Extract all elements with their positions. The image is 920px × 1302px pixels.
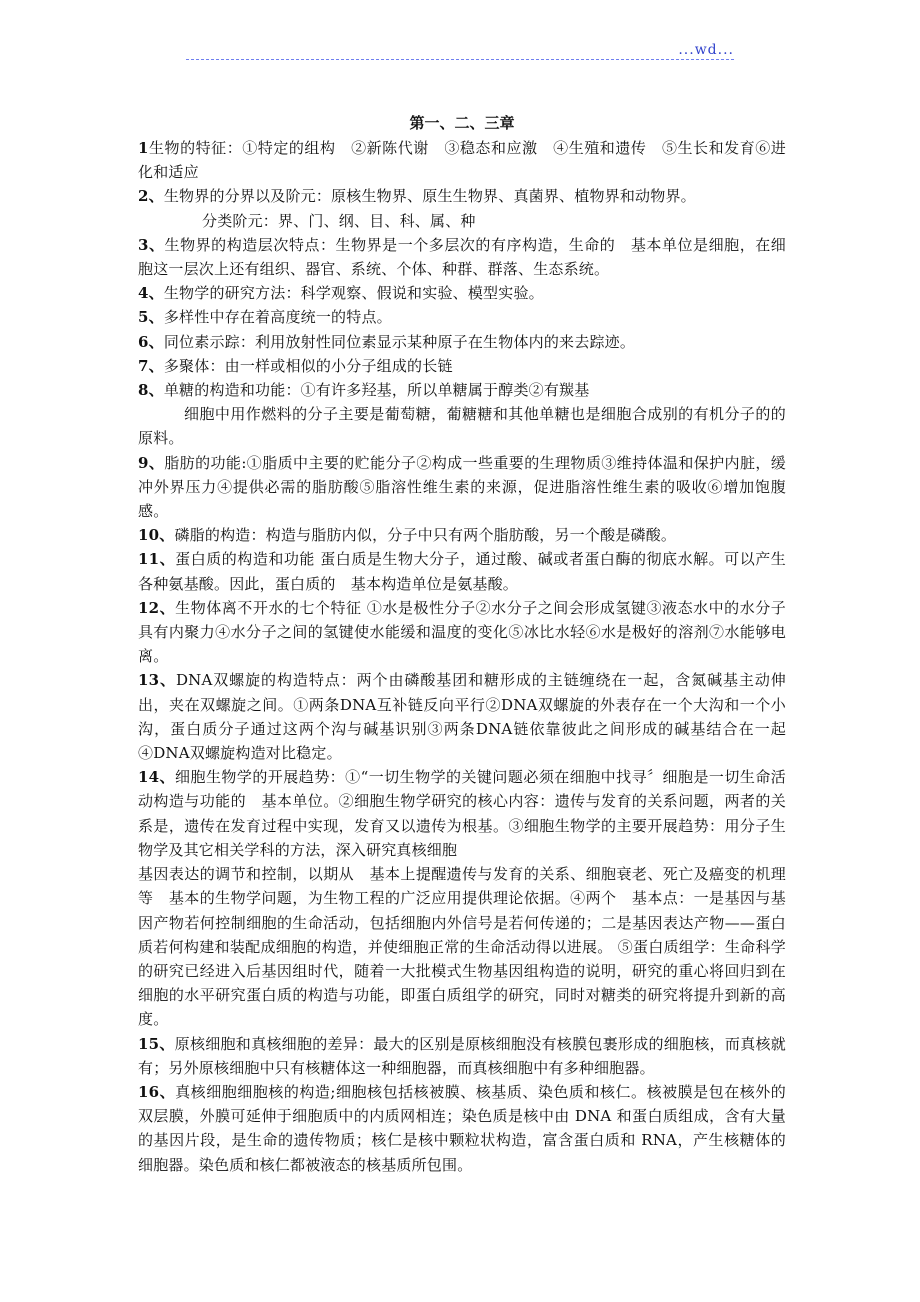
paragraph-11: 11、蛋白质的构造和功能 蛋白质是生物大分子，通过酸、碱或者蛋白酶的彻底水解。可… — [138, 547, 786, 595]
paragraph-16: 16、真核细胞细胞核的构造;细胞核包括核被膜、核基质、染色质和核仁。核被膜是包在… — [138, 1080, 786, 1177]
page-title: 第一、二、三章 — [138, 112, 786, 134]
paragraph-8-sub: 细胞中用作燃料的分子主要是葡萄糖，葡糖糖和其他单糖也是细胞合成别的有机分子的的原… — [138, 402, 786, 450]
paragraph-8: 8、单糖的构造和功能：①有许多羟基，所以单糖属于醇类②有羰基 — [138, 378, 786, 402]
paragraph-5: 5、多样性中存在着高度统一的特点。 — [138, 305, 786, 329]
page-header: ...wd... — [186, 44, 734, 62]
paragraph-10: 10、磷脂的构造：构造与脂肪内似，分子中只有两个脂肪酸，另一个酸是磷酸。 — [138, 523, 786, 547]
paragraph-6: 6、同位素示踪：利用放射性同位素显示某种原子在生物体内的来去踪迹。 — [138, 330, 786, 354]
paragraph-2-sub: 分类阶元：界、门、纲、目、科、属、种 — [138, 209, 786, 233]
paragraph-13: 13、DNA双螺旋的构造特点：两个由磷酸基团和糖形成的主链缠绕在一起，含氮碱基主… — [138, 668, 786, 765]
paragraph-7: 7、多聚体：由一样或相似的小分子组成的长链 — [138, 354, 786, 378]
paragraph-15: 15、原核细胞和真核细胞的差异：最大的区别是原核细胞没有核膜包裹形成的细胞核，而… — [138, 1032, 786, 1080]
document-body: 第一、二、三章 1生物的特征：①特定的组构 ②新陈代谢 ③稳态和应激 ④生殖和遗… — [138, 112, 786, 1177]
paragraph-14: 14、细胞生物学的开展趋势：①“一切生物学的关键问题必须在细胞中找寻〞细胞是一切… — [138, 765, 786, 862]
paragraph-1: 1生物的特征：①特定的组构 ②新陈代谢 ③稳态和应激 ④生殖和遗传 ⑤生长和发育… — [138, 136, 786, 184]
paragraph-3: 3、生物界的构造层次特点：生物界是一个多层次的有序构造，生命的 基本单位是细胞，… — [138, 233, 786, 281]
paragraph-14-continued: 基因表达的调节和控制，以期从 基本上提醒遗传与发育的关系、细胞衰老、死亡及癌变的… — [138, 862, 786, 1031]
paragraph-12: 12、生物体离不开水的七个特征 ①水是极性分子②水分子之间会形成氢键③液态水中的… — [138, 596, 786, 669]
paragraph-4: 4、生物学的研究方法：科学观察、假说和实验、模型实验。 — [138, 281, 786, 305]
header-marker: ...wd... — [676, 42, 734, 58]
paragraph-2: 2、生物界的分界以及阶元：原核生物界、原生生物界、真菌界、植物界和动物界。 — [138, 184, 786, 208]
paragraph-9: 9、脂肪的功能:①脂质中主要的贮能分子②构成一些重要的生理物质③维持体温和保护内… — [138, 451, 786, 524]
header-dashed-line — [186, 59, 734, 60]
